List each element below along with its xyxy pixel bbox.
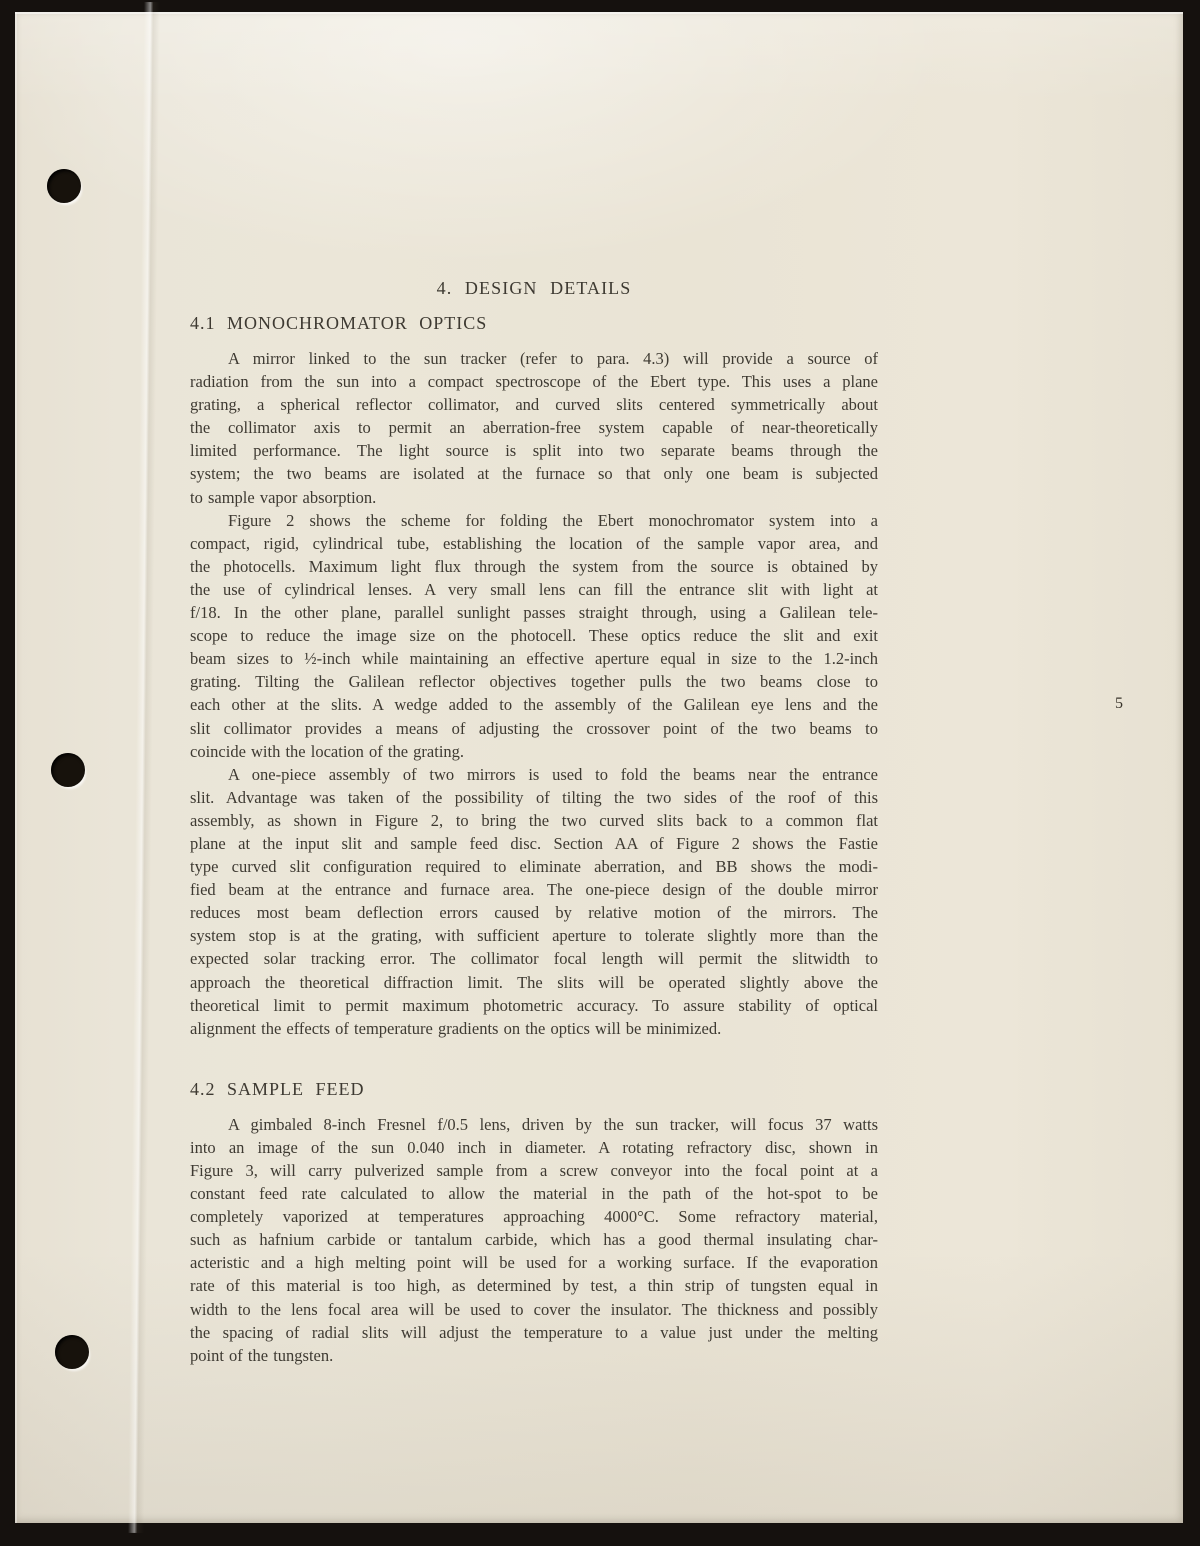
punch-hole-middle (51, 753, 85, 787)
text-line: such as hafnium carbide or tantalum carb… (190, 1228, 878, 1251)
text-line: completely vaporized at temperatures app… (190, 1205, 878, 1228)
text-line: reduces most beam deflection errors caus… (190, 901, 878, 924)
paragraph: Figure 2 shows the scheme for folding th… (190, 509, 878, 763)
text-line: Figure 3, will carry pulverized sample f… (190, 1159, 878, 1182)
text-line: slit. Advantage was taken of the possibi… (190, 786, 878, 809)
paragraph: A one-piece assembly of two mirrors is u… (190, 763, 878, 1040)
text-line: scope to reduce the image size on the ph… (190, 624, 878, 647)
text-line: radiation from the sun into a compact sp… (190, 370, 878, 393)
text-line: to sample vapor absorption. (190, 486, 878, 509)
paragraph: A gimbaled 8-inch Fresnel f/0.5 lens, dr… (190, 1113, 878, 1367)
text-line: Figure 2 shows the scheme for folding th… (190, 509, 878, 532)
document-title: 4. DESIGN DETAILS (190, 276, 878, 300)
section-heading: 4.2 SAMPLE FEED (190, 1077, 878, 1101)
punch-hole-top (47, 169, 81, 203)
text-line: the photocells. Maximum light flux throu… (190, 555, 878, 578)
text-line: expected solar tracking error. The colli… (190, 947, 878, 970)
text-line: assembly, as shown in Figure 2, to bring… (190, 809, 878, 832)
text-line: grating, a spherical reflector collimato… (190, 393, 878, 416)
text-line: plane at the input slit and sample feed … (190, 832, 878, 855)
punch-hole-bottom (55, 1335, 89, 1369)
text-line: theoretical limit to permit maximum phot… (190, 994, 878, 1017)
text-line: system stop is at the grating, with suff… (190, 924, 878, 947)
text-line: A one-piece assembly of two mirrors is u… (190, 763, 878, 786)
text-line: approach the theoretical diffraction lim… (190, 971, 878, 994)
text-line: constant feed rate calculated to allow t… (190, 1182, 878, 1205)
scan-background: 5 4. DESIGN DETAILS 4.1 MONOCHROMATOR OP… (0, 0, 1200, 1546)
paper-crease (128, 2, 160, 1533)
text-line: the collimator axis to permit an aberrat… (190, 416, 878, 439)
text-line: point of the tungsten. (190, 1344, 878, 1367)
text-column: 4. DESIGN DETAILS 4.1 MONOCHROMATOR OPTI… (190, 12, 878, 1367)
text-line: fied beam at the entrance and furnace ar… (190, 878, 878, 901)
text-line: acteristic and a high melting point will… (190, 1251, 878, 1274)
section-heading: 4.1 MONOCHROMATOR OPTICS (190, 311, 878, 335)
text-line: the spacing of radial slits will adjust … (190, 1321, 878, 1344)
text-line: coincide with the location of the gratin… (190, 740, 878, 763)
text-line: rate of this material is too high, as de… (190, 1274, 878, 1297)
text-line: into an image of the sun 0.040 inch in d… (190, 1136, 878, 1159)
text-line: alignment the effects of temperature gra… (190, 1017, 878, 1040)
text-line: compact, rigid, cylindrical tube, establ… (190, 532, 878, 555)
page-number: 5 (1115, 695, 1145, 713)
text-line: beam sizes to ½-inch while maintaining a… (190, 647, 878, 670)
text-line: type curved slit configuration required … (190, 855, 878, 878)
text-line: A gimbaled 8-inch Fresnel f/0.5 lens, dr… (190, 1113, 878, 1136)
document-page: 5 4. DESIGN DETAILS 4.1 MONOCHROMATOR OP… (15, 12, 1183, 1523)
sections-container: 4.1 MONOCHROMATOR OPTICSA mirror linked … (190, 311, 878, 1367)
text-line: slit collimator provides a means of adju… (190, 717, 878, 740)
text-line: the use of cylindrical lenses. A very sm… (190, 578, 878, 601)
text-line: grating. Tilting the Galilean reflector … (190, 670, 878, 693)
text-line: A mirror linked to the sun tracker (refe… (190, 347, 878, 370)
text-line: each other at the slits. A wedge added t… (190, 693, 878, 716)
text-line: f/18. In the other plane, parallel sunli… (190, 601, 878, 624)
paragraph: A mirror linked to the sun tracker (refe… (190, 347, 878, 509)
text-line: system; the two beams are isolated at th… (190, 462, 878, 485)
text-line: limited performance. The light source is… (190, 439, 878, 462)
text-line: width to the lens focal area will be use… (190, 1298, 878, 1321)
